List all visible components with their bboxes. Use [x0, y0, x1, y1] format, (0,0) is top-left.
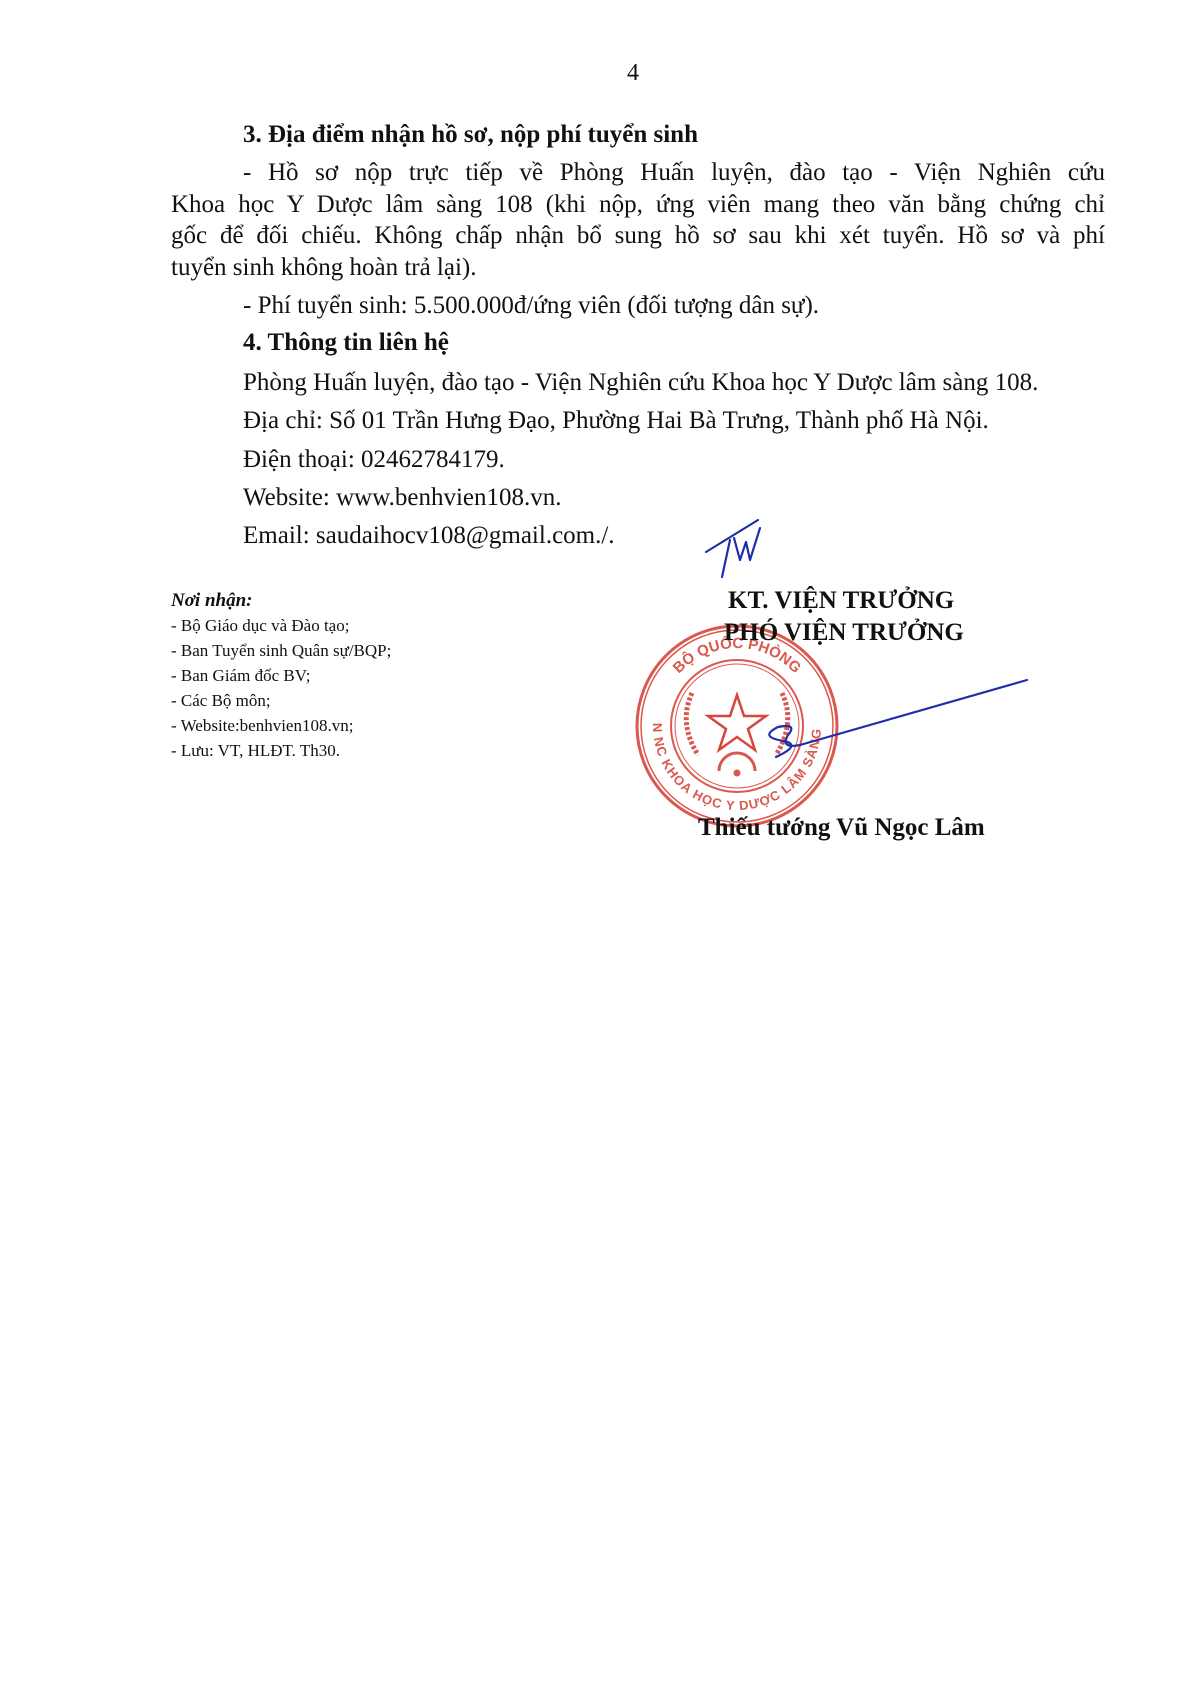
official-stamp: BỘ QUỐC PHÒNG VIỆN NC KHOA HỌC Y DƯỢC LÂ…: [634, 623, 840, 829]
page-number: 4: [627, 60, 639, 87]
section-3-heading: 3. Địa điểm nhận hồ sơ, nộp phí tuyển si…: [243, 120, 698, 150]
initials-mark: [706, 520, 758, 552]
recipients-block: Nơi nhận: - Bộ Giáo dục và Đào tạo; - Ba…: [171, 588, 391, 763]
recipients-title: Nơi nhận:: [171, 588, 391, 613]
recipient-item: - Lưu: VT, HLĐT. Th30.: [171, 738, 391, 763]
contact-address: Địa chỉ: Số 01 Trần Hưng Đạo, Phường Hai…: [243, 406, 989, 436]
fee-line: - Phí tuyển sinh: 5.500.000đ/ứng viên (đ…: [243, 291, 819, 321]
section-4-heading: 4. Thông tin liên hệ: [243, 328, 449, 358]
recipient-item: - Bộ Giáo dục và Đào tạo;: [171, 613, 391, 638]
contact-office: Phòng Huấn luyện, đào tạo - Viện Nghiên …: [243, 368, 1038, 398]
section-3-line-1: - Hồ sơ nộp trực tiếp về Phòng Huấn luyệ…: [243, 158, 1105, 188]
recipient-item: - Website:benhvien108.vn;: [171, 713, 391, 738]
section-3-line-2: Khoa học Y Dược lâm sàng 108 (khi nộp, ứ…: [171, 190, 1105, 220]
recipient-item: - Ban Tuyển sinh Quân sự/BQP;: [171, 638, 391, 663]
recipient-item: - Các Bộ môn;: [171, 688, 391, 713]
section-3-line-3: gốc để đối chiếu. Không chấp nhận bổ sun…: [171, 221, 1105, 251]
section-3-line-4: tuyển sinh không hoàn trả lại).: [171, 253, 477, 283]
contact-phone: Điện thoại: 02462784179.: [243, 445, 505, 475]
contact-email: Email: saudaihocv108@gmail.com./.: [243, 521, 615, 551]
signature-title-2: PHÓ VIỆN TRƯỞNG: [724, 618, 964, 648]
recipient-item: - Ban Giám đốc BV;: [171, 663, 391, 688]
signature-title-1: KT. VIỆN TRƯỞNG: [728, 586, 954, 616]
contact-website: Website: www.benhvien108.vn.: [243, 483, 562, 513]
signer-name: Thiếu tướng Vũ Ngọc Lâm: [698, 813, 985, 843]
